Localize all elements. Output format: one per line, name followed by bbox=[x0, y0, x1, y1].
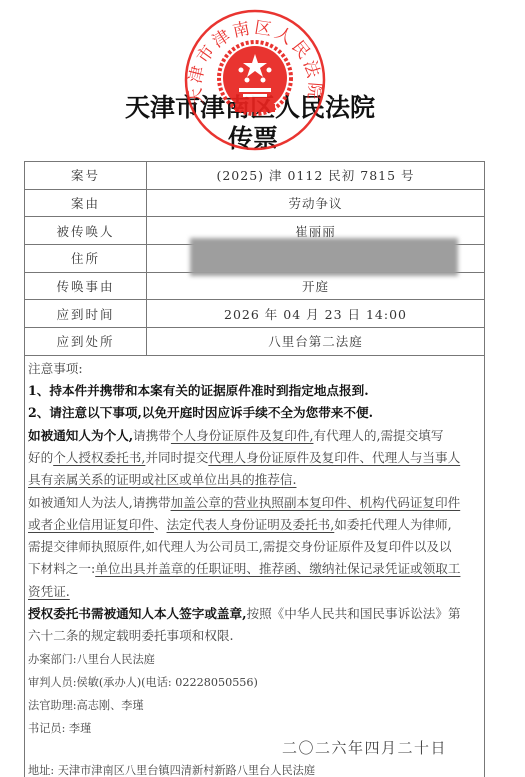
note-item-1: 1、持本件并携带和本案有关的证据原件准时到指定地点报到. bbox=[28, 383, 369, 398]
notes-section: 注意事项: 1、持本件并携带和本案有关的证据原件准时到指定地点报到. 2、请注意… bbox=[25, 356, 484, 777]
field-label: 案由 bbox=[25, 190, 147, 217]
table-row-cause: 案由 劳动争议 bbox=[25, 190, 484, 218]
authorization-note: 授权委托书需被通知人本人签字或盖章,按照《中华人民共和国民事诉讼法》第 bbox=[28, 603, 481, 625]
individual-instructions: 如被通知人为个人,请携带个人身份证原件及复印件,有代理人的,需提交填写 bbox=[28, 425, 481, 447]
court-address: 地址: 天津市津南区八里台镇四清新村新路八里台人民法庭 bbox=[28, 760, 481, 777]
table-row-time: 应到时间 2026 年 04 月 23 日 14:00 bbox=[25, 300, 484, 328]
issue-date: 二〇二六年四月二十日 bbox=[28, 736, 481, 760]
table-row-case-number: 案号 (2025) 津 0112 民初 7815 号 bbox=[25, 162, 484, 190]
court-seal-icon: 天津市津南区人民法院 bbox=[183, 8, 327, 152]
field-label: 住所 bbox=[25, 245, 147, 272]
field-label: 案号 bbox=[25, 162, 147, 189]
notes-heading: 注意事项: bbox=[28, 358, 481, 380]
field-label: 传唤事由 bbox=[25, 273, 147, 300]
field-value: 2026 年 04 月 23 日 14:00 bbox=[147, 300, 484, 327]
field-value: (2025) 津 0112 民初 7815 号 bbox=[147, 162, 484, 189]
field-value: 开庭 bbox=[147, 273, 484, 300]
field-label: 被传唤人 bbox=[25, 217, 147, 244]
note-item-2: 2、请注意以下事项,以免开庭时因应诉手续不全为您带来不便. bbox=[28, 405, 373, 420]
field-label: 应到处所 bbox=[25, 328, 147, 355]
corporate-instructions: 如被通知人为法人,请携带加盖公章的营业执照副本复印件、机构代码证复印件 bbox=[28, 492, 481, 514]
table-row-reason: 传唤事由 开庭 bbox=[25, 273, 484, 301]
field-value: 八里台第二法庭 bbox=[147, 328, 484, 355]
field-value: 劳动争议 bbox=[147, 190, 484, 217]
table-row-place: 应到处所 八里台第二法庭 bbox=[25, 328, 484, 356]
judge-assistant: 法官助理:高志刚、李瑾 bbox=[28, 694, 481, 717]
field-label: 应到时间 bbox=[25, 300, 147, 327]
handling-department: 办案部门:八里台人民法庭 bbox=[28, 648, 481, 671]
judge-info: 审判人员:侯敏(承办人)(电话: 02228050556) bbox=[28, 671, 481, 694]
redacted-address-block bbox=[190, 238, 458, 276]
